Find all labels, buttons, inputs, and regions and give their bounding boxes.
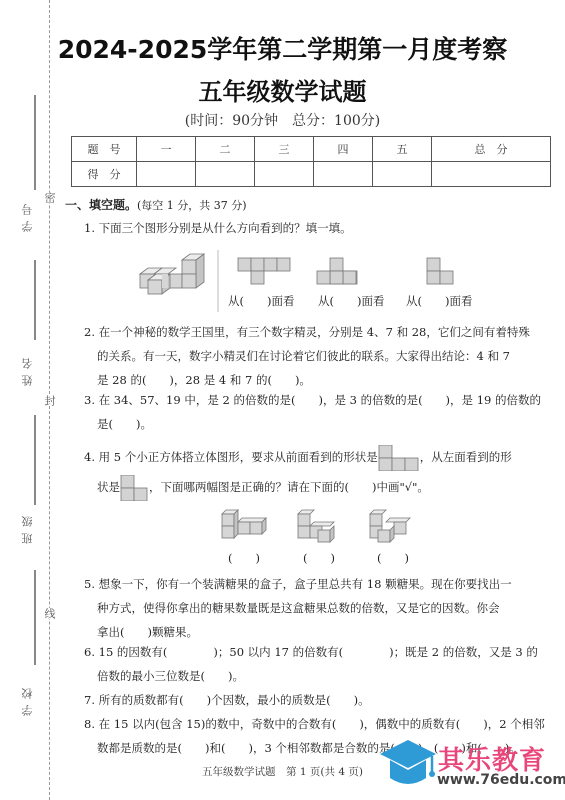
divider-line (34, 260, 36, 340)
class-label: 班级 (20, 510, 34, 544)
option-a-solid-icon (222, 510, 266, 538)
question-1-text: 1. 下面三个图形分别是从什么方向看到的？填一填。 (84, 216, 546, 240)
score-input-total[interactable] (432, 162, 551, 187)
school-label: 学校 (20, 682, 34, 716)
seal-char-feng: 封 (43, 395, 57, 406)
view-2-answer[interactable]: 从( )面看 (318, 293, 384, 309)
option-c-solid-icon (370, 510, 410, 542)
score-input-3[interactable] (255, 162, 314, 187)
question-2-line: 2. 在一个神秘的数学王国里，有三个数字精灵，分别是 4、7 和 28，它们之间… (84, 320, 546, 344)
cell-section-4: 四 (314, 137, 373, 162)
question-5: 5. 想象一下，你有一个装满糖果的盒子，盒子里总共有 18 颗糖果。现在你要找出… (84, 572, 546, 644)
question-3-line[interactable]: 3. 在 34、57、19 中，是 2 的倍数的是( )，是 3 的倍数的是( … (84, 388, 546, 412)
view-1-answer[interactable]: 从( )面看 (228, 293, 294, 309)
question-6: 6. 15 的因数有( )；50 以内 17 的倍数有( )；既是 2 的倍数，… (84, 640, 546, 688)
view-2-shape-icon (317, 258, 357, 284)
cell-header-label: 题 号 (72, 137, 137, 162)
option-c-answer[interactable]: ( ) (377, 550, 409, 566)
option-a-answer[interactable]: ( ) (228, 550, 260, 566)
question-4-text: 4. 用 5 个小正方体搭立体图形，要求从前面看到的形状是 (84, 450, 378, 464)
question-4-options (220, 508, 420, 548)
view-3-answer[interactable]: 从( )面看 (406, 293, 472, 309)
score-input-1[interactable] (137, 162, 196, 187)
exam-meta: (时间：90分钟 总分：100分) (0, 110, 565, 130)
left-view-shape-icon (120, 475, 149, 501)
cell-section-5: 五 (373, 137, 432, 162)
view-3-shape-icon (427, 258, 453, 284)
cell-section-2: 二 (196, 137, 255, 162)
question-4-line: 状是，下面哪两幅图是正确的？请在下面的( )中画"√"。 (84, 472, 546, 502)
watermark-url: www.76edu.com (437, 772, 565, 788)
question-4-text[interactable]: ，下面哪两幅图是正确的？请在下面的( )中画"√"。 (149, 480, 429, 494)
seal-char-xian: 线 (43, 608, 57, 619)
divider-line (34, 570, 36, 665)
question-7: 7. 所有的质数都有( )个因数，最小的质数是( )。 (84, 688, 546, 712)
score-table: 题 号 一 二 三 四 五 总 分 得 分 (71, 136, 551, 187)
question-4-text: 状是 (97, 480, 120, 494)
question-2: 2. 在一个神秘的数学王国里，有三个数字精灵，分别是 4、7 和 28，它们之间… (84, 320, 546, 392)
view-1-shape-icon (238, 258, 290, 284)
question-1: 1. 下面三个图形分别是从什么方向看到的？填一填。 (84, 216, 546, 240)
front-view-shape-icon (378, 445, 420, 471)
score-table-score-row: 得 分 (72, 162, 551, 187)
question-8-line[interactable]: 8. 在 15 以内(包含 15)的数中，奇数中的合数有( )，偶数中的质数有(… (84, 712, 546, 736)
score-input-5[interactable] (373, 162, 432, 187)
divider-line (34, 415, 36, 505)
seal-char-mi: 密 (43, 192, 57, 203)
question-4-text: ，从左面看到的形 (420, 450, 512, 464)
question-3-line[interactable]: 是( )。 (84, 412, 546, 436)
exam-subtitle: 五年级数学试题 (0, 72, 565, 107)
question-6-line[interactable]: 6. 15 的因数有( )；50 以内 17 的倍数有( )；既是 2 的倍数，… (84, 640, 546, 664)
section-1-note: (每空 1 分，共 37 分) (137, 199, 247, 212)
score-input-2[interactable] (196, 162, 255, 187)
question-4-line: 4. 用 5 个小正方体搭立体图形，要求从前面看到的形状是，从左面看到的形 (84, 442, 546, 472)
cube-solid-icon (140, 254, 204, 294)
question-5-line: 种方式，使得你拿出的糖果数量既是这盒糖果总数的倍数，又是它的因数。你会 (84, 596, 546, 620)
cell-total: 总 分 (432, 137, 551, 162)
option-b-solid-icon (298, 510, 334, 542)
question-7-line[interactable]: 7. 所有的质数都有( )个因数，最小的质数是( )。 (84, 688, 546, 712)
option-b-answer[interactable]: ( ) (303, 550, 335, 566)
question-2-line: 的关系。有一天，数字小精灵们在讨论着它们彼此的联系。大家得出结论：4 和 7 (84, 344, 546, 368)
name-label: 姓名 (20, 352, 34, 386)
section-1-heading: 一、填空题。(每空 1 分，共 37 分) (65, 196, 247, 213)
score-input-4[interactable] (314, 162, 373, 187)
question-4: 4. 用 5 个小正方体搭立体图形，要求从前面看到的形状是，从左面看到的形 状是… (84, 442, 546, 502)
section-1-title: 一、填空题。 (65, 198, 137, 212)
question-5-line: 5. 想象一下，你有一个装满糖果的盒子，盒子里总共有 18 颗糖果。现在你要找出… (84, 572, 546, 596)
exam-title: 2024-2025学年第二学期第一月度考察 (0, 30, 565, 66)
graduation-cap-icon (378, 738, 438, 793)
question-6-line[interactable]: 倍数的最小三位数是( )。 (84, 664, 546, 688)
student-id-label: 学号 (20, 198, 34, 232)
cell-score-label: 得 分 (72, 162, 137, 187)
cell-section-3: 三 (255, 137, 314, 162)
cell-section-1: 一 (137, 137, 196, 162)
question-3: 3. 在 34、57、19 中，是 2 的倍数的是( )，是 3 的倍数的是( … (84, 388, 546, 436)
score-table-header-row: 题 号 一 二 三 四 五 总 分 (72, 137, 551, 162)
